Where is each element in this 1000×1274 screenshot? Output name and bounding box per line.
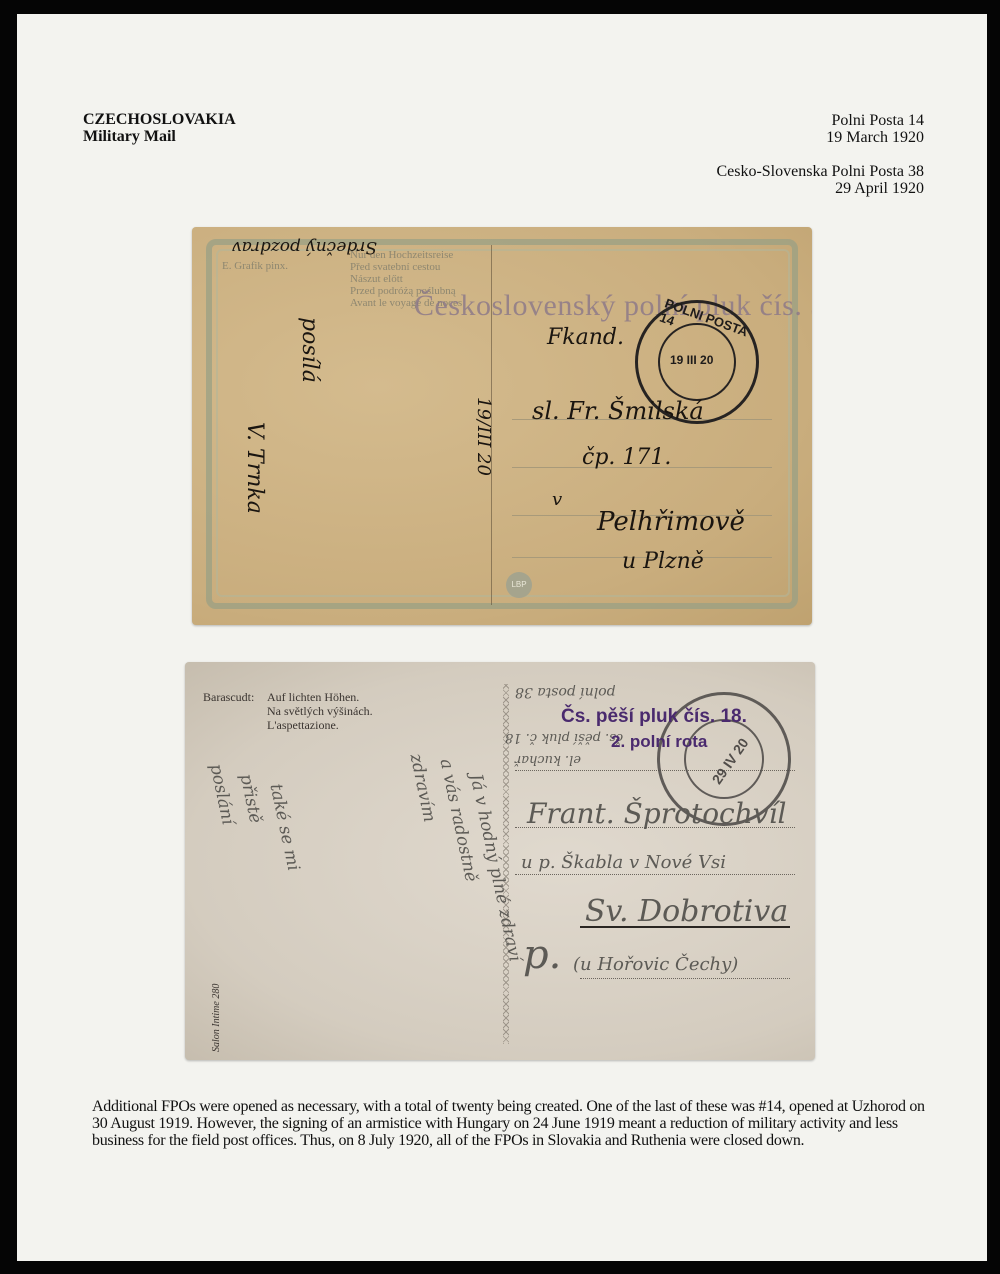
- postcard-polni-posta-38: Barascudt:Auf lichten Höhen. Na světlých…: [185, 662, 815, 1060]
- fpo-14-date: 19 March 1920: [716, 129, 924, 146]
- regiment-cachet-line-2: 2. polní rota: [611, 732, 707, 752]
- printed-title-line: Auf lichten Höhen.: [267, 690, 359, 704]
- album-page: CZECHOSLOVAKIA Military Mail Polni Posta…: [17, 14, 987, 1261]
- handwritten-message-top: Srdečný pozdrav: [232, 237, 377, 257]
- fpo-38-label: Cesko-Slovenska Polni Posta 38: [716, 163, 924, 180]
- printed-title-line: Na světlých výšinách.: [203, 704, 373, 718]
- unit-cachet: Československý polní pluk čís. 30: [414, 289, 812, 323]
- handwritten-signature: V. Trnka: [242, 422, 267, 514]
- fpo-14-label: Polni Posta 14: [716, 112, 924, 129]
- description-paragraph: Additional FPOs were opened as necessary…: [92, 1098, 942, 1149]
- postcard-polni-posta-14: E. Grafik pinx. Nur den Hochzeitsreise P…: [192, 227, 812, 625]
- handwritten-address-prefix: p.: [523, 932, 561, 978]
- handwritten-address: u Plzně: [622, 549, 704, 574]
- printed-caption-line: Před svatební cestou: [350, 261, 462, 273]
- handwritten-address: Pelhřimově: [597, 507, 745, 537]
- address-line: [580, 978, 790, 979]
- handwritten-address: v: [552, 489, 562, 510]
- handwritten-sender: el. kuchař: [515, 752, 581, 767]
- handwritten-message: posílá: [297, 317, 322, 383]
- handwritten-address: Frant. Šprotochvíl: [527, 797, 787, 830]
- handwritten-address: (u Hořovic Čechy): [573, 954, 738, 975]
- handwritten-date: 19/III 20: [473, 397, 494, 476]
- handwritten-message: zdravím: [405, 752, 439, 824]
- printed-caption-line: Nászut előtt: [350, 273, 462, 285]
- handwritten-sender: čs. pěší pluk č. 18: [505, 730, 623, 745]
- regiment-cachet-line-1: Čs. pěší pluk čís. 18.: [561, 706, 747, 728]
- handwritten-address: Fkand.: [547, 325, 624, 350]
- publisher-logo: LBP: [506, 572, 532, 598]
- artist-credit: E. Grafik pinx.: [222, 260, 288, 272]
- page-header-left: CZECHOSLOVAKIA Military Mail: [83, 111, 236, 145]
- address-line: [515, 874, 795, 875]
- handwritten-address: sl. Fr. Šmilská: [532, 397, 704, 425]
- page-header-right: Polni Posta 14 19 March 1920 Cesko-Slove…: [716, 112, 924, 197]
- printed-title-block: Barascudt:Auf lichten Höhen. Na světlých…: [203, 690, 373, 732]
- handwritten-message: také se mi: [265, 782, 303, 873]
- artist-label: Barascudt:: [203, 690, 267, 704]
- publisher-vertical-print: Salon Intime 280: [211, 984, 222, 1052]
- handwritten-message: poslání: [205, 762, 237, 827]
- handwritten-address: čp. 171.: [582, 445, 671, 470]
- handwritten-sender: polní posta 38: [515, 684, 616, 700]
- subject-title: Military Mail: [83, 128, 236, 145]
- printed-title-line: L'aspettazione.: [203, 718, 373, 732]
- postmark-date: 19 III 20: [670, 353, 713, 367]
- handwritten-address: u p. Škabla v Nové Vsi: [521, 852, 726, 873]
- handwritten-address: Sv. Dobrotiva: [585, 894, 788, 929]
- handwritten-message: přistě: [235, 772, 265, 825]
- country-title: CZECHOSLOVAKIA: [83, 111, 236, 128]
- fpo-38-date: 29 April 1920: [716, 180, 924, 197]
